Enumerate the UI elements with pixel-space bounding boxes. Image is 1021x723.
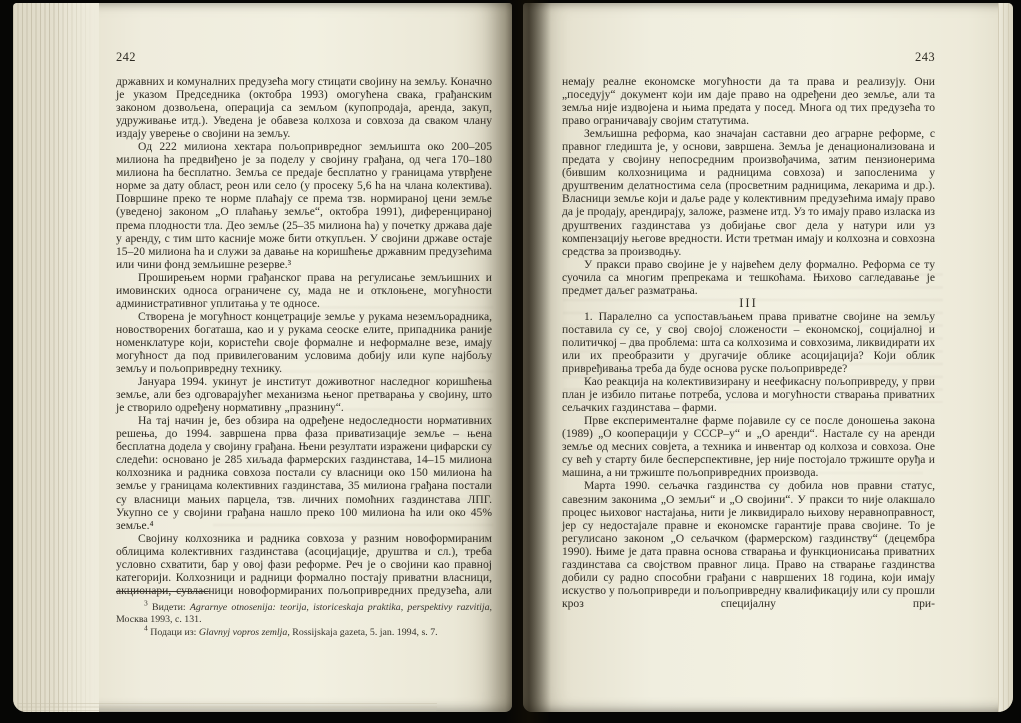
paragraph: немају реалне економске могућности да та… xyxy=(562,75,935,127)
left-page-fore-edge xyxy=(13,3,99,712)
footnote-marker: 4 xyxy=(144,624,148,633)
footnote-source-title: Agrarnye otnosenija: teorija, istoricesk… xyxy=(190,602,490,613)
footnote-text: Подаци из: xyxy=(150,627,199,638)
paragraph: На тај начин је, без обзира на одређене … xyxy=(116,414,492,531)
footnote-text: Видети: xyxy=(152,602,190,613)
right-page-body: немају реалне економске могућности да та… xyxy=(562,75,935,610)
paragraph: Земљишна реформа, као значајан саставни … xyxy=(562,127,935,257)
footnote-text: , Rossijskaja gazeta, 5. jan. 1994, s. 7… xyxy=(287,627,437,638)
right-page-fore-edge xyxy=(998,3,1013,712)
paragraph: државних и комуналних предузећа могу сти… xyxy=(116,75,492,140)
footnote: 3 Видети: Agrarnye otnosenija: teorija, … xyxy=(116,602,492,627)
page-number-left: 242 xyxy=(116,50,492,65)
page-number-right: 243 xyxy=(562,50,935,65)
paragraph: Проширењем норми грађанског права на рег… xyxy=(116,271,492,310)
footnote: 4 Подаци из: Glavnyj vopros zemlja, Ross… xyxy=(116,627,492,639)
paragraph: Створена је могућност концетрације земље… xyxy=(116,310,492,375)
left-page-body: државних и комуналних предузећа могу сти… xyxy=(116,75,492,597)
scanned-book-spread: { "colors": { "paper": "#f0eedf", "backg… xyxy=(0,0,1021,723)
paragraph: У пракси право својине је у највећем дел… xyxy=(562,258,935,297)
paragraph: Прве експерименталне фарме појавиле су с… xyxy=(562,414,935,479)
footnote-separator-rule xyxy=(116,591,209,592)
paragraph: Јануара 1994. укинут је институт доживот… xyxy=(116,375,492,414)
paragraph: 1. Паралелно са успостављањем права прив… xyxy=(562,310,935,375)
paragraph: Својину колхозника и радника совхоза у р… xyxy=(116,532,492,597)
section-heading: III xyxy=(562,297,935,310)
footnotes-block: 3 Видети: Agrarnye otnosenija: teorija, … xyxy=(116,591,492,639)
paragraph: Марта 1990. сељачка газдинства су добила… xyxy=(562,479,935,609)
right-page-text-block: 243 немају реалне економске могућности д… xyxy=(562,50,935,610)
footnote-source-title: Glavnyj vopros zemlja xyxy=(199,627,288,638)
paragraph: Као реакција на колективизирану и неефик… xyxy=(562,375,935,414)
paragraph: Од 222 милиона хектара пољопривредног зе… xyxy=(116,140,492,270)
footnote-marker: 3 xyxy=(144,599,148,608)
left-page-text-block: 242 државних и комуналних предузећа могу… xyxy=(116,50,492,597)
left-page-bottom-edge xyxy=(17,703,437,712)
